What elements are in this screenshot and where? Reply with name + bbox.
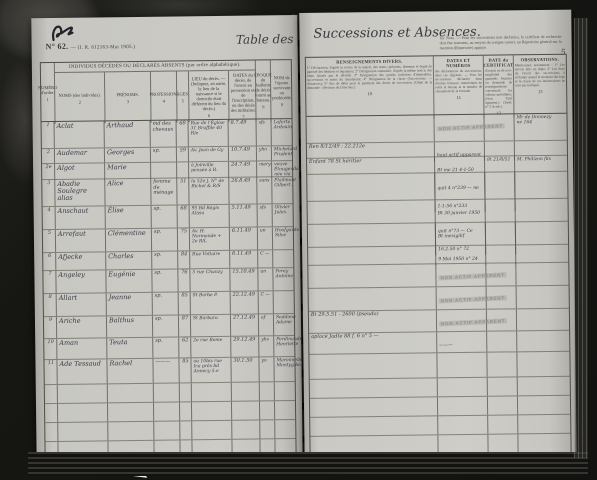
cell-dates-numeros: NON ACTIF APPARENT ——— <box>437 332 487 353</box>
cell-age: 87 <box>179 315 191 336</box>
column-header-dates: DATES du décès, de l'envoi en possession… <box>229 70 258 121</box>
cell-dates-text: Bt inexigilif <box>438 234 464 239</box>
column-label: NOM de l'époux survivant ou prédécédé. <box>272 75 292 100</box>
cell-numero: 9 <box>44 317 57 338</box>
cell-profession: md des chevaux <box>151 120 177 146</box>
cell-dates-text: ——— <box>439 343 453 348</box>
cell-date-deces: 22.12.49 <box>231 291 259 313</box>
cell-numero: 1 <box>42 122 55 148</box>
cell-epoque: C — <box>259 291 274 313</box>
page-title-left: Table des <box>236 32 294 47</box>
cell-numero: 11 <box>44 360 57 384</box>
cell-numero: 2e <box>42 164 55 180</box>
cell-age: 51 <box>177 178 189 204</box>
cell-nom: Audemar <box>55 148 105 163</box>
column-header-profession: PROFESSION. 4 <box>151 71 178 122</box>
cell-age: 85 <box>179 292 191 314</box>
cell-lieu <box>192 383 232 401</box>
column-number: 9 <box>281 102 283 107</box>
cell-observations <box>517 331 569 352</box>
cell-observations <box>518 415 570 434</box>
cell-nom: Algot <box>55 163 105 180</box>
form-number: N° 62. — (I. R. 612163-Mai 1905.) <box>46 41 136 51</box>
cell-lieu <box>192 421 232 439</box>
cell-age: 85 <box>179 358 191 382</box>
table-row: 5 Arrefaut Clémentine sp. 75 Av. H. Norm… <box>43 227 293 253</box>
column-title: DATE du CERTIFICAT <box>483 57 513 67</box>
cell-dates-numeros: NON ACTIF APPARENT <box>437 353 487 378</box>
cell-date-deces <box>232 401 260 419</box>
book-spread: N° 62. — (I. R. 612163-Mai 1905.) Table … <box>0 0 597 480</box>
cell-observations <box>518 377 570 396</box>
cell-renseignements <box>308 223 436 247</box>
cell-profession: sp. <box>153 292 179 314</box>
cell-epoque: un <box>258 227 273 249</box>
cell-nom: Anschaut <box>56 206 106 229</box>
cell-nom: Angeley <box>56 270 106 293</box>
cell-epoux: veuve Étougendant née via <box>272 161 305 177</box>
column-description: 1° Déclaration, d'après la notice de la … <box>307 64 432 90</box>
table-row: 11 Ade Tessaud Rachel ——— 85 au 10bis ru… <box>44 357 294 385</box>
cell-observations <box>517 352 569 377</box>
cell-epoque: yho <box>257 146 272 160</box>
cell-prenoms: Eugénie <box>106 270 152 293</box>
cell-renseignements <box>308 264 436 288</box>
table-row: NON ACTIF APPARENT <box>309 352 569 380</box>
cell-age: 76 <box>178 269 190 291</box>
cell-epoux <box>274 291 294 313</box>
cell-certificat <box>486 263 516 285</box>
cell-numero <box>45 404 58 422</box>
cell-prenoms <box>108 403 154 422</box>
column-number: 11 <box>457 95 461 100</box>
cell-profession: ——— <box>153 358 179 382</box>
cell-nom: Ariche <box>57 316 107 338</box>
column-number: 1 <box>47 97 49 102</box>
table-row: 9 Ariche Balthus sp. 87 St Barbara 27.12… <box>44 314 294 339</box>
cell-nom: Afjecke <box>56 252 106 270</box>
column-header-noms: NOMS (des individus). 2 <box>55 72 106 124</box>
cell-lieu: au 10bis rue Ica près bd Annecy 5.e <box>191 358 231 382</box>
cell-certificat <box>485 172 515 198</box>
cell-lieu: St Barbara <box>191 315 231 336</box>
cell-epoque: af <box>259 314 274 335</box>
column-header-renseignements: RENSEIGNEMENTS DIVERS. 1° Déclaration, d… <box>306 56 435 120</box>
cell-nom: Ade Tessaud <box>57 359 107 384</box>
cell-prenoms <box>108 384 154 403</box>
column-header-epoque: ÉPOQUE du bulletin de décès fourni au bu… <box>256 60 272 121</box>
column-number: 10 <box>367 91 372 96</box>
cell-lieu: Av. H. Normande + 2e R/L <box>190 228 230 250</box>
cell-numero: 10 <box>44 339 57 359</box>
column-header-lieu: LIEU du décès. — (Indiquez, en outre, le… <box>189 71 230 122</box>
table-row: NON ACTIF APPARENT Bt inexigilif <box>308 222 568 248</box>
cell-dates-numeros: NON ACTIF APPARENT <box>438 378 488 397</box>
cell-date-deces: 10.7.49 <box>229 147 257 161</box>
cell-epoux: Perey Antoine <box>273 268 294 290</box>
cell-prenoms: Alice <box>105 179 151 206</box>
column-header-observations: OBSERVATIONS. Mentionnez notamment : 1° … <box>514 55 567 118</box>
cell-date-deces: 26.8.49 <box>229 177 257 203</box>
cell-dates-numeros: NON ACTIF APPARENT <box>436 264 486 287</box>
left-table-body: 1 Aclat Arthaud md des chevaux 68 Rue de… <box>42 119 296 463</box>
cell-date-deces <box>232 382 260 400</box>
right-table-body: NON ACTIF APPARENT Mr de Donnezy ne 164 … <box>306 114 570 458</box>
cell-epoque <box>260 382 275 400</box>
cell-dates-numeros: NON ACTIF APPARENT <box>435 173 485 200</box>
cell-certificat <box>487 309 517 330</box>
cell-lieu: Av. Jean de Gy <box>189 147 229 161</box>
cell-epoux: Maronnelle Montygibel <box>274 357 303 381</box>
cell-numero: 7 <box>43 271 56 293</box>
cell-renseignements <box>310 416 438 436</box>
cell-epoux <box>273 250 293 267</box>
cell-date-deces: 6.11.49 <box>230 250 258 267</box>
cell-lieu: 2e rue Rome <box>191 337 231 357</box>
cell-date-deces: 8.7.49 <box>229 120 257 146</box>
cell-observations <box>517 286 569 309</box>
cell-date-deces: 29.12.49 <box>231 336 259 356</box>
cell-profession <box>151 162 177 178</box>
cell-lieu: St Barbe P. <box>191 292 231 314</box>
left-table: NUMÉRO d'ordre. 1 INDIVIDUS DÉCÉDÉS OU D… <box>40 59 297 464</box>
column-label: LIEU du décès. — (Indiquez, en outre, le… <box>190 75 227 110</box>
column-header-numero: NUMÉRO d'ordre. 1 <box>41 63 55 124</box>
cell-observations: Mr de Donnezy ne 164 <box>514 114 566 141</box>
column-header-epoux: NOM de l'époux survivant ou prédécédé. 9 <box>271 60 293 121</box>
cell-prenoms: Arthaud <box>105 121 151 148</box>
cell-dates-numeros: NON ACTIF APPARENT <box>438 416 488 435</box>
cell-prenoms: Élise <box>106 206 152 229</box>
cell-certificat <box>486 245 516 264</box>
cell-prenoms: Georges <box>105 148 151 163</box>
cell-lieu <box>192 402 232 420</box>
cell-observations <box>517 309 569 331</box>
table-row: NON ACTIF APPARENT Mr de Donnezy ne 164 <box>306 114 566 144</box>
cell-epoux <box>275 382 295 400</box>
cell-nom: Arrefaut <box>56 229 106 252</box>
cell-age: 68 <box>178 205 190 227</box>
cell-profession: femme de ménage <box>151 178 177 204</box>
cell-date-deces: 27.12.49 <box>231 314 259 335</box>
cell-dates-numeros: NON ACTIF APPARENT <box>434 115 484 142</box>
cell-dates-numeros: NON ACTIF APPARENT <box>437 310 487 332</box>
column-number: 6 <box>208 113 210 118</box>
cell-epoque: un <box>258 268 273 290</box>
left-table-header: NUMÉRO d'ordre. 1 INDIVIDUS DÉCÉDÉS OU D… <box>41 60 292 122</box>
form-reference: — (I. R. 612163-Mai 1905.) <box>71 45 136 51</box>
column-header-dates-numeros: DATES ET NUMÉROS des déclarations de suc… <box>434 56 485 119</box>
cell-nom <box>58 403 108 422</box>
cell-prenoms: Clémentine <box>106 229 152 252</box>
cell-profession: sp. <box>152 205 178 227</box>
cell-date-deces: 5.11.49 <box>230 204 258 226</box>
cell-age: 62 <box>179 337 191 357</box>
cell-epoux: Olivier Jules. <box>273 204 293 226</box>
cell-observations <box>516 263 568 286</box>
cell-certificat <box>487 331 517 351</box>
column-title: RENSEIGNEMENTS DIVERS. <box>336 59 402 65</box>
cell-renseignements <box>309 287 437 311</box>
table-row: 4 Anschaut Élise sp. 68 95 Bd Régis Aliz… <box>43 204 293 230</box>
cell-age <box>180 421 192 439</box>
cell-profession: sp. <box>153 315 179 336</box>
cell-epoque: sfs <box>257 119 272 145</box>
cell-lieu: 95 Bd Régis Alizia <box>190 205 230 227</box>
cell-certificat <box>488 396 518 414</box>
cell-profession: sp. <box>153 337 179 357</box>
cell-renseignements: Bt 29.5.51 - 2600 (pseudo) <box>309 310 437 333</box>
cell-prenoms: Marie <box>105 163 151 180</box>
cell-date-deces: 24.7.49 <box>229 162 257 178</box>
cell-profession <box>154 383 180 401</box>
cell-observations <box>516 222 568 245</box>
scanned-register-photo: N° 62. — (I. R. 612163-Mai 1905.) Table … <box>0 0 597 480</box>
cell-epoque: yhs <box>259 336 274 356</box>
cell-lieu: la 52e J. N° de Richel & R/S <box>189 178 229 204</box>
table-row: NON ACTIF APPARENT <box>308 263 568 289</box>
cell-epoux <box>275 401 295 419</box>
right-table: RENSEIGNEMENTS DIVERS. 1° Déclaration, d… <box>305 54 572 459</box>
cell-date-deces: 6.11.49 <box>230 227 258 249</box>
cell-lieu: 5 rue Chanzy <box>190 269 230 291</box>
cell-renseignements: aplacé Jadte 88 f. 6 n° 5 — <box>309 332 437 354</box>
cell-renseignements <box>310 397 438 417</box>
cell-prenoms: Teuta <box>107 338 153 359</box>
cell-epoque: C — <box>258 250 273 267</box>
cell-numero: 5 <box>43 230 56 252</box>
table-row: NON ACTIF APPARENT <box>309 286 569 312</box>
cell-nom <box>58 384 108 403</box>
cell-profession: sp. <box>152 269 178 291</box>
cell-epoque <box>260 401 275 419</box>
cell-age <box>177 162 189 178</box>
cell-numero: 4 <box>43 207 56 229</box>
column-label: ÂGES. <box>176 91 189 96</box>
table-row: 10 Aman Teuta sp. 62 2e rue Rome 29.12.4… <box>44 336 294 360</box>
cell-epoux <box>275 420 295 438</box>
cell-numero: 8 <box>44 294 57 316</box>
cell-profession: sp. <box>152 251 178 268</box>
column-label: PROFESSION. <box>150 91 178 96</box>
cell-age <box>180 402 192 420</box>
form-number-label: N° 62. <box>46 42 69 51</box>
cell-numero <box>45 423 58 441</box>
column-label: NOMS (des individus). <box>59 92 101 98</box>
cell-epoque <box>260 420 275 438</box>
cell-dates-text: 9 Mai 1950 n° 24 <box>438 257 478 262</box>
column-number: 5 <box>182 98 184 103</box>
table-row: Bt 29.5.51 - 2600 (pseudo) NON ACTIF APP… <box>309 309 569 334</box>
column-number: 13 <box>538 89 543 94</box>
cell-age: 59 <box>177 147 189 161</box>
column-description: Mentionnez notamment : 1° Les envois fai… <box>515 63 565 88</box>
table-row: NON ACTIF APPARENT <box>307 172 567 202</box>
cell-nom <box>58 422 108 441</box>
cell-dates-numeros: NON ACTIF APPARENT 9 Mai 1950 n° 24 <box>436 246 486 266</box>
cell-numero: 3 <box>42 180 55 206</box>
nota-note: 1er Nota. — Pour les successions non déc… <box>440 34 562 50</box>
cell-age <box>180 383 192 401</box>
column-description: d'acquit ou de non-exigibilité des quant… <box>485 68 512 108</box>
cell-nom: Abadie Soulegre alias <box>55 179 105 206</box>
cell-certificat <box>487 286 517 308</box>
cell-age: 68 <box>177 120 189 146</box>
column-title: OBSERVATIONS. <box>521 57 559 62</box>
cell-prenoms: Charles <box>106 252 152 270</box>
cell-epoque: mery <box>257 161 272 177</box>
cell-epoux: Flailmont Gilbert. <box>272 177 297 203</box>
cell-certificat <box>486 222 516 244</box>
cell-renseignements <box>310 378 438 398</box>
book-page-edges-right <box>574 18 588 458</box>
cell-profession: sp. <box>152 228 178 250</box>
cell-epoque: sfs <box>258 204 273 226</box>
cell-observations <box>515 172 567 199</box>
cell-epoque: yo <box>259 357 274 381</box>
cell-prenoms: Balthus <box>107 316 153 338</box>
cell-numero <box>45 385 58 403</box>
column-header-ages: ÂGES. 5 <box>177 71 190 122</box>
cell-lieu: Rue Voltaire <box>190 251 230 268</box>
cell-nom: Allart <box>57 293 107 316</box>
cell-epoux: Hoofgarde Silve <box>273 227 301 249</box>
cell-nom: Aman <box>57 338 107 359</box>
cell-certificat <box>488 415 518 433</box>
cell-numero: 6 <box>43 253 56 270</box>
cell-certificat <box>484 114 514 140</box>
column-header-certificat: DATE du CERTIFICAT d'acquit ou de non-ex… <box>484 55 515 117</box>
table-row: 7 Angeley Eugénie sp. 76 5 rue Chanzy 15… <box>43 268 293 294</box>
book-page-edges-bottom <box>28 452 588 476</box>
right-table-header: RENSEIGNEMENTS DIVERS. 1° Déclaration, d… <box>306 55 567 117</box>
cell-epoux: Michelard Prudent <box>272 146 298 160</box>
table-row: 3 Abadie Soulegre alias Alice femme de m… <box>42 177 292 207</box>
cell-lieu: Rue de l'Église 31 Bruffile 40 R/e <box>189 120 229 146</box>
register-left-page: N° 62. — (I. R. 612163-Mai 1905.) Table … <box>31 15 302 458</box>
table-row: NON ACTIF APPARENT Bt 30 janvier 1950 qu… <box>308 199 568 225</box>
cell-numero: 2 <box>42 149 55 163</box>
cell-profession <box>154 402 180 420</box>
cell-prenoms: Jeanne <box>107 293 153 316</box>
cell-prenoms: Rachel <box>107 359 153 384</box>
cell-age: 75 <box>178 228 190 250</box>
cell-epoux: Seddone Adame <box>274 314 297 335</box>
cell-age: 84 <box>178 251 190 268</box>
table-row: 1 Aclat Arthaud md des chevaux 68 Rue de… <box>42 119 292 149</box>
table-row: 8 Allart Jeanne sp. 85 St Barbe P. 22.12… <box>44 291 294 317</box>
cell-date-deces: 15.10.49 <box>230 268 258 290</box>
cell-epoque: sans <box>257 177 272 203</box>
cell-certificat <box>488 377 518 395</box>
cell-dates-numeros: NON ACTIF APPARENT <box>438 397 488 416</box>
cell-observations <box>518 396 570 415</box>
cell-lieu: à Joinville pensée à R. <box>189 162 229 178</box>
register-right-page: Successions et Absences. 1er Nota. — Pou… <box>299 10 576 459</box>
cell-prenoms <box>108 422 154 441</box>
header-group-block: INDIVIDUS DÉCÉDÉS OU DÉCLARÉS ABSENTS (p… <box>54 61 257 124</box>
column-description: des déclarations de successions, dans ce… <box>435 69 482 94</box>
cell-renseignements <box>309 353 437 379</box>
cell-date-deces <box>232 420 260 438</box>
column-number: 8 <box>262 104 264 109</box>
column-label: PRÉNOMS. <box>116 91 138 96</box>
column-label: DATES du décès, de l'envoi en possession… <box>230 73 256 113</box>
cell-dates-numeros: NON ACTIF APPARENT Bt inexigilif <box>436 223 486 246</box>
column-number: 3 <box>127 99 129 104</box>
column-number: 2 <box>79 99 81 104</box>
cell-dates-numeros: NON ACTIF APPARENT <box>437 287 487 310</box>
cell-epoux: Laforte Ardouin <box>272 119 294 145</box>
cell-nom: Aclat <box>55 121 105 148</box>
cell-date-deces: 30.1.50 <box>231 357 259 381</box>
cell-observations <box>516 245 568 265</box>
column-title: DATES ET NUMÉROS <box>435 58 482 69</box>
cell-profession: sp. <box>151 147 177 161</box>
column-header-prenoms: PRÉNOMS. 3 <box>105 72 152 124</box>
cell-renseignements <box>307 173 435 201</box>
column-number: 4 <box>163 98 165 103</box>
cell-certificat <box>487 352 517 376</box>
cell-epoux: Ferdinande Henriette <box>274 336 303 356</box>
cell-profession <box>154 421 180 439</box>
cell-renseignements <box>306 115 434 143</box>
